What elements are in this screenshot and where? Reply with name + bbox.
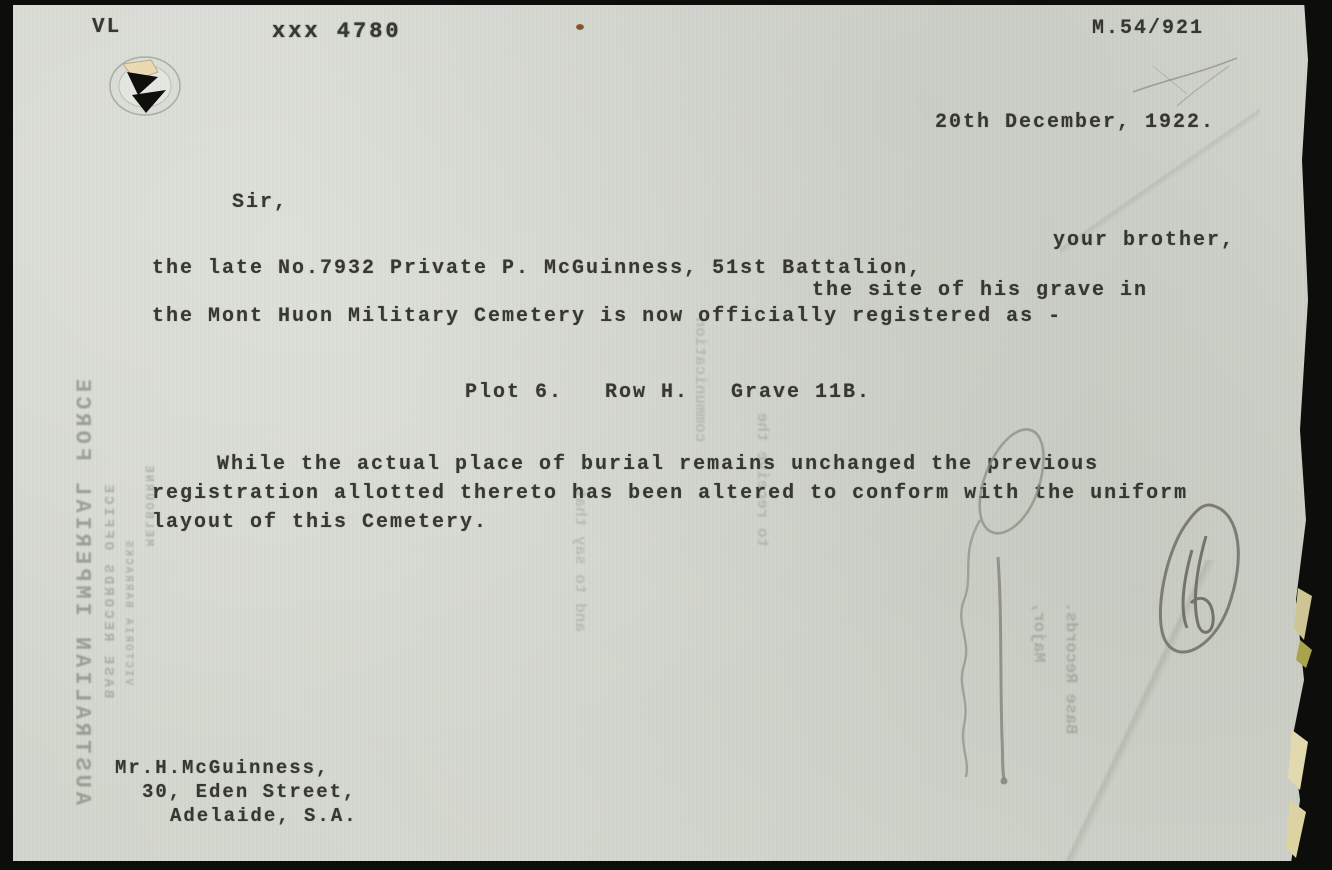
bleedthrough-fragment-2: and to say that (571, 488, 589, 632)
scan-edge-right (1280, 0, 1332, 870)
rust-spot (576, 24, 584, 30)
para-line-3: layout of this Cemetery. (152, 512, 488, 534)
bleedthrough-letterhead-force: AUSTRALIAN IMPERIAL FORCE (70, 375, 95, 805)
pencil-signature (920, 415, 1060, 795)
pencil-initials-circle (1152, 498, 1252, 668)
bleedthrough-letterhead-office: BASE RECORDS OFFICE (100, 482, 116, 699)
line-your-brother: your brother, (1053, 230, 1235, 252)
bleedthrough-signoff-unit: Base Records. (1061, 602, 1080, 735)
line-grave-site: the site of his grave in (812, 280, 1148, 302)
salutation: Sir, (232, 192, 288, 214)
line-cemetery: the Mont Huon Military Cemetery is now o… (152, 306, 1062, 328)
addressee-city: Adelaide, S.A. (170, 806, 358, 827)
pencil-scratch (1125, 48, 1255, 118)
line-deceased: the late No.7932 Private P. McGuinness, … (152, 258, 922, 280)
scan-edge-bottom (0, 861, 1332, 870)
grave-location: Plot 6. Row H. Grave 11B. (465, 382, 871, 404)
scan-edge-top (0, 0, 1332, 5)
ref-file-number: M.54/921 (1092, 18, 1204, 40)
ref-initials: VL (92, 16, 121, 39)
bleedthrough-letterhead-barracks: VICTORIA BARRACKS (122, 539, 134, 685)
bleedthrough-fragment-1: to receive the (753, 413, 771, 547)
paper-tear-hole (105, 50, 190, 130)
bleedthrough-fragment-3: communication (691, 318, 709, 443)
scan-edge-left (0, 0, 13, 870)
ref-number: xxx 4780 (272, 20, 402, 44)
addressee-name: Mr.H.McGuinness, (115, 758, 329, 779)
addressee-street: 30, Eden Street, (142, 782, 356, 803)
scanned-letter: AUSTRALIAN IMPERIAL FORCE BASE RECORDS O… (0, 0, 1332, 870)
